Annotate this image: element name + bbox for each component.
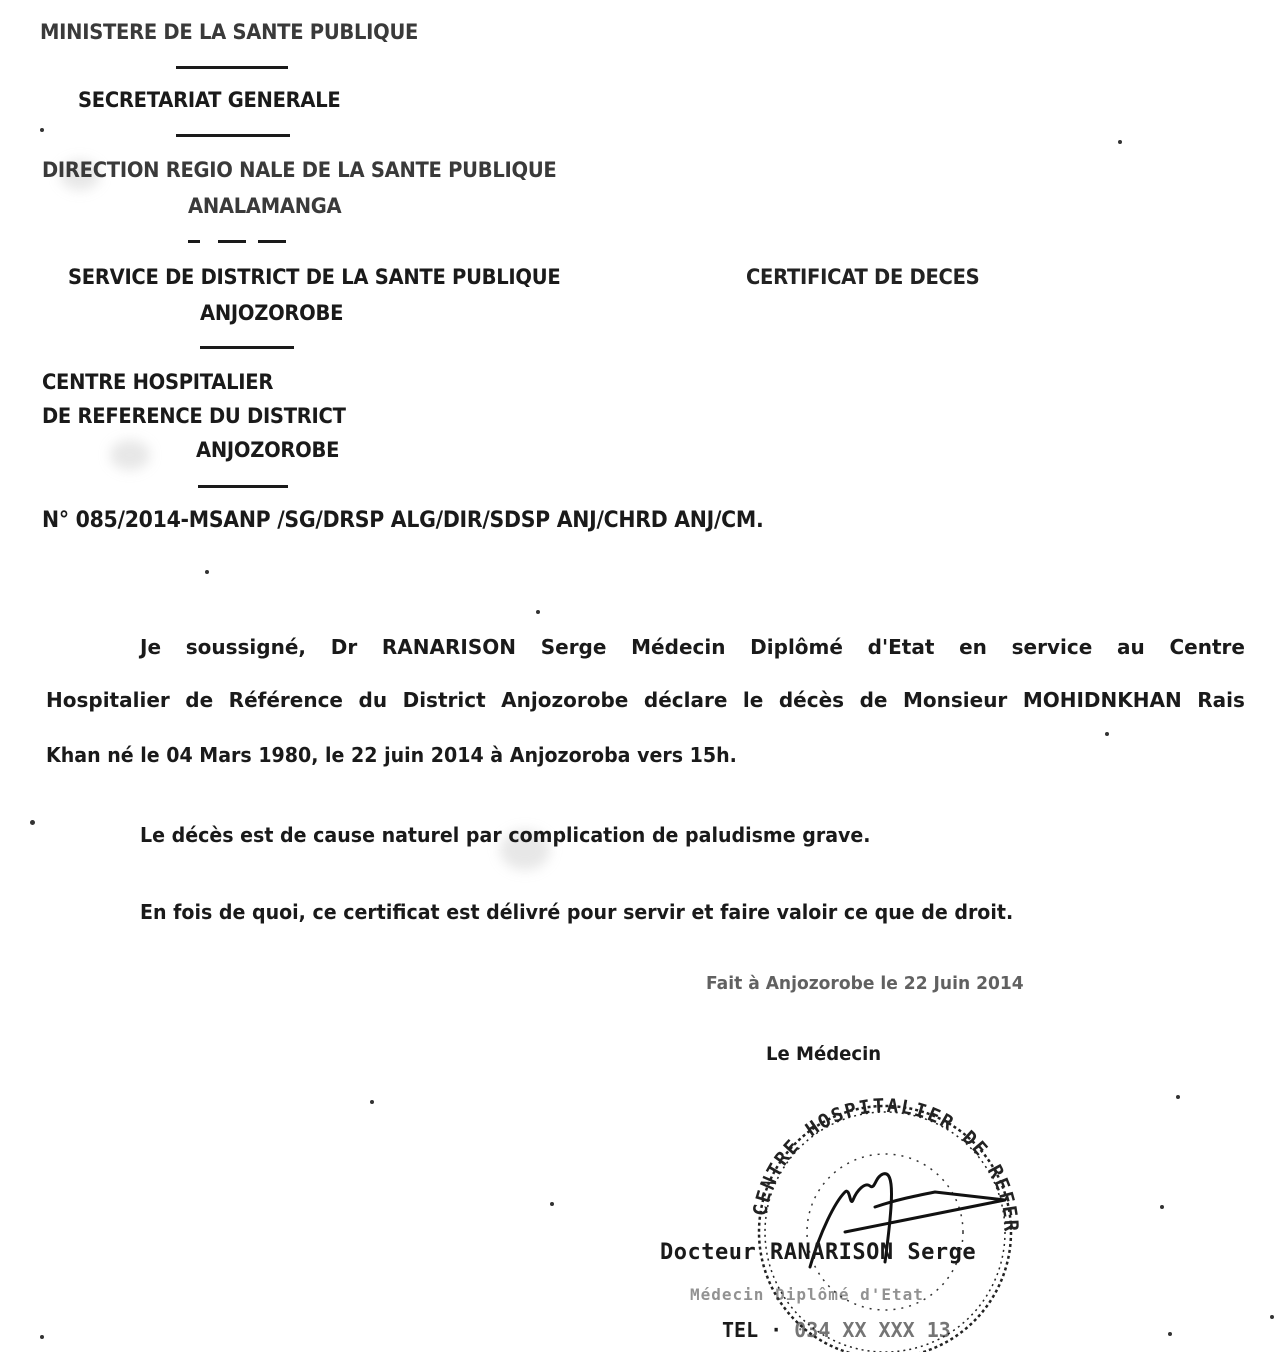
word: du	[359, 688, 388, 712]
official-stamp: CENTRE HOSPITALIER DE REFERENCE	[725, 1082, 1045, 1352]
separator	[176, 134, 290, 137]
paragraph-1-line-3: Khan né le 04 Mars 1980, le 22 juin 2014…	[46, 743, 737, 767]
word: Monsieur	[903, 688, 1007, 712]
document-title: CERTIFICAT DE DECES	[746, 265, 979, 289]
scan-speck	[1160, 1205, 1164, 1209]
regional-direction-heading: DIRECTION REGIO NALE DE LA SANTE PUBLIQU…	[42, 158, 556, 182]
word: Diplômé	[750, 635, 843, 659]
word: Rais	[1197, 688, 1245, 712]
word: au	[1117, 635, 1145, 659]
word: en	[959, 635, 987, 659]
scan-speck	[205, 570, 209, 574]
signatory-role: Le Médecin	[766, 1043, 881, 1065]
district-name: ANJOZOROBE	[200, 301, 343, 325]
word: Centre	[1169, 635, 1244, 659]
scan-smudge	[110, 440, 150, 470]
phone-number: 034 XX XXX 13	[794, 1318, 951, 1342]
separator	[176, 66, 288, 69]
separator	[198, 485, 288, 488]
phone-line: TEL · 034 XX XXX 13	[722, 1318, 951, 1342]
word: de	[185, 688, 213, 712]
scan-speck	[1105, 732, 1109, 736]
word: District	[403, 688, 486, 712]
word: déclare	[644, 688, 728, 712]
hospital-heading-line3: ANJOZOROBE	[196, 438, 339, 462]
reference-number: N° 085/2014-MSANP /SG/DRSP ALG/DIR/SDSP …	[42, 508, 763, 533]
scan-speck	[30, 820, 35, 825]
word: Hospitalier	[46, 688, 170, 712]
secretariat-heading: SECRETARIAT GENERALE	[78, 88, 340, 112]
separator	[258, 240, 286, 243]
paragraph-3: En fois de quoi, ce certificat est déliv…	[140, 900, 1013, 924]
hospital-heading-line1: CENTRE HOSPITALIER	[42, 370, 273, 394]
scan-speck	[1176, 1095, 1180, 1099]
scan-speck	[1270, 1315, 1274, 1319]
word: d'Etat	[868, 635, 935, 659]
word: décès	[779, 688, 844, 712]
scan-speck	[40, 128, 44, 132]
word: le	[743, 688, 763, 712]
region-name: ANALAMANGA	[188, 194, 341, 218]
signatory-name: Docteur RANARISON Serge	[660, 1240, 976, 1265]
separator	[200, 346, 294, 349]
scan-speck	[1168, 1332, 1172, 1336]
word: RANARISON	[382, 635, 516, 659]
word: Je	[140, 635, 161, 659]
place-and-date: Fait à Anjozorobe le 22 Juin 2014	[706, 973, 1024, 994]
stamp-text: CENTRE HOSPITALIER DE REFERENCE	[725, 1082, 1022, 1234]
hospital-heading-line2: DE REFERENCE DU DISTRICT	[42, 404, 346, 428]
district-service-heading: SERVICE DE DISTRICT DE LA SANTE PUBLIQUE	[68, 265, 560, 289]
paragraph-1-line-1: Jesoussigné,DrRANARISONSergeMédecinDiplô…	[140, 635, 1245, 659]
word: Serge	[541, 635, 607, 659]
signatory-credential: Médecin Diplômé d'Etat	[690, 1285, 924, 1304]
word: Anjozorobe	[501, 688, 628, 712]
scan-speck	[1118, 140, 1122, 144]
word: soussigné,	[186, 635, 306, 659]
scan-speck	[40, 1335, 44, 1339]
svg-text:CENTRE HOSPITALIER DE REFERENC: CENTRE HOSPITALIER DE REFERENCE	[725, 1082, 1022, 1234]
word: Médecin	[631, 635, 725, 659]
separator	[218, 240, 246, 243]
scan-speck	[536, 610, 540, 614]
paragraph-2: Le décès est de cause naturel par compli…	[140, 823, 871, 847]
paragraph-1-line-2: HospitalierdeRéférenceduDistrictAnjozoro…	[46, 688, 1245, 712]
word: Dr	[331, 635, 357, 659]
word: service	[1012, 635, 1093, 659]
word: Référence	[229, 688, 343, 712]
scan-speck	[370, 1100, 374, 1104]
ministry-heading: MINISTERE DE LA SANTE PUBLIQUE	[40, 20, 418, 44]
separator	[188, 240, 200, 243]
phone-label: TEL	[722, 1318, 758, 1342]
scan-speck	[550, 1202, 554, 1206]
word: MOHIDNKHAN	[1023, 688, 1182, 712]
word: de	[860, 688, 888, 712]
phone-separator: ·	[770, 1318, 782, 1342]
